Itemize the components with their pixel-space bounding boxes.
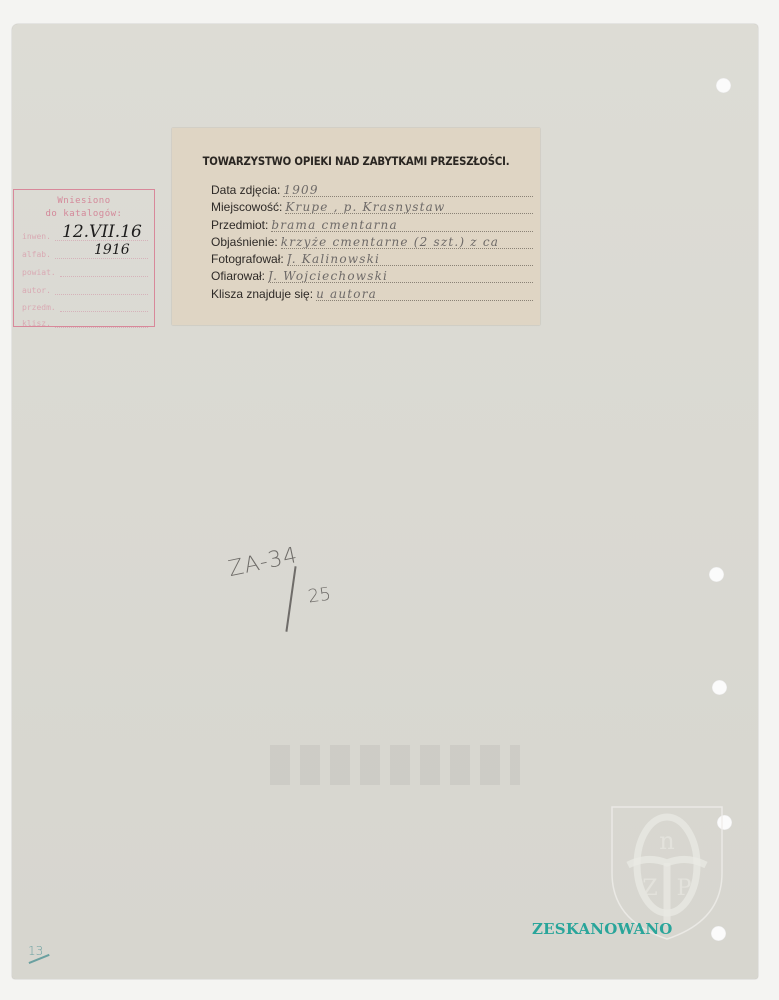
stamp-row-label: alfab. xyxy=(22,250,51,259)
catalog-stamp: Wniesiono do katalogów: inwen. alfab. po… xyxy=(13,189,155,327)
field-value: J. Kalinowski xyxy=(287,253,533,266)
stamp-row-label: klisz. xyxy=(22,319,51,328)
stamp-heading: Wniesiono xyxy=(14,196,154,206)
field-label: Ofiarował: xyxy=(211,269,265,283)
stamp-row-label: inwen. xyxy=(22,232,51,241)
handwritten-year: 1916 xyxy=(94,242,130,258)
stamp-subheading: do katalogów: xyxy=(14,209,154,219)
stamp-row-label: autor. xyxy=(22,286,51,295)
scanned-stamp: ZESKANOWANO xyxy=(532,920,673,938)
field-label: Fotografował: xyxy=(211,252,284,266)
field-label: Miejscowość: xyxy=(211,200,282,214)
field-label: Przedmiot: xyxy=(211,218,268,232)
field-subject: Przedmiot:brama cmentarna xyxy=(211,218,533,235)
field-value: krzyże cmentarne (2 szt.) z ca xyxy=(281,236,533,249)
field-location: Miejscowość:Krupe , p. Krasnystaw xyxy=(211,200,533,217)
field-value: Krupe , p. Krasnystaw xyxy=(285,201,533,214)
field-value: J. Wojciechowski xyxy=(268,270,533,283)
field-label: Klisza znajduje się: xyxy=(211,287,313,301)
signature-number: 25 xyxy=(307,584,333,608)
field-photographer: Fotografował:J. Kalinowski xyxy=(211,252,533,269)
field-label: Data zdjęcia: xyxy=(211,183,280,197)
faint-bleedthrough xyxy=(270,745,520,785)
field-value: 1909 xyxy=(283,184,533,197)
field-negative-location: Klisza znajduje się:u autora xyxy=(211,287,533,304)
info-card: TOWARZYSTWO OPIEKI NAD ZABYTKAMI PRZESZŁ… xyxy=(172,128,540,325)
stamp-row-label: powiat. xyxy=(22,268,56,277)
handwritten-date: 12.VII.16 xyxy=(62,222,142,242)
stamp-row-klisz: klisz. xyxy=(22,314,148,328)
field-label: Objaśnienie: xyxy=(211,235,278,249)
field-value: u autora xyxy=(316,288,533,301)
field-donor: Ofiarował:J. Wojciechowski xyxy=(211,269,533,286)
stamp-row-powiat: powiat. xyxy=(22,263,148,277)
svg-text:n: n xyxy=(659,827,674,855)
field-value: brama cmentarna xyxy=(271,219,533,232)
punch-hole xyxy=(712,680,727,695)
card-fields: Data zdjęcia:1909 Miejscowość:Krupe , p.… xyxy=(211,183,533,304)
field-description: Objaśnienie:krzyże cmentarne (2 szt.) z … xyxy=(211,235,533,252)
punch-hole xyxy=(709,567,724,582)
stamp-row-autor: autor. xyxy=(22,281,148,295)
svg-text:Z: Z xyxy=(642,876,657,901)
stamp-row-label: przedm. xyxy=(22,303,56,312)
svg-text:P: P xyxy=(677,876,692,901)
field-photo-date: Data zdjęcia:1909 xyxy=(211,183,533,200)
stamp-row-przedm: przedm. xyxy=(22,298,148,312)
punch-hole xyxy=(716,78,731,93)
card-title: TOWARZYSTWO OPIEKI NAD ZABYTKAMI PRZESZŁ… xyxy=(194,154,518,168)
